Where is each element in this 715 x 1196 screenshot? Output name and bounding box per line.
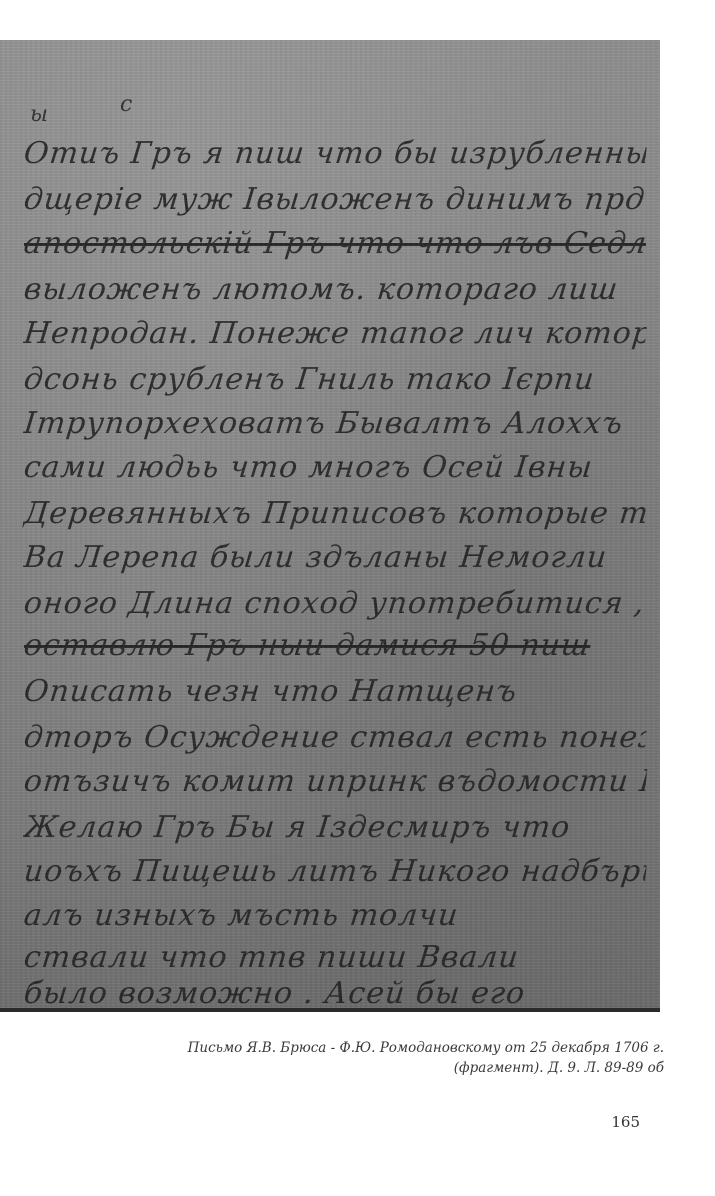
handwritten-line: оного Длина споход употребитися , [22, 586, 648, 621]
handwritten-line: ствали что тпв пиши Ввали [22, 940, 648, 975]
handwritten-line: Ва Лерепа были здъланы Немогли [22, 540, 648, 575]
handwritten-line: дщеріе муж Івыложенъ динимъ прдн [22, 182, 648, 217]
handwritten-line-struck: оставлю Гръ ныи дамися 50 пиш [22, 628, 648, 663]
handwritten-line: Непродан. Понеже тапог лич которой [22, 316, 648, 351]
handwritten-line: Желаю Гръ Бы я Іздесмиръ что [22, 810, 648, 845]
marginal-mark: ы [30, 102, 48, 127]
handwritten-line: дторъ Осуждение ствал есть понеже [22, 720, 648, 755]
handwritten-line: выложенъ лютомъ. котораго лиш [22, 272, 648, 307]
handwritten-line: сами людьь что многъ Осей Івны [22, 450, 648, 485]
handwritten-line: Отиъ Гръ я пиш что бы изрубленны [22, 136, 648, 171]
handwritten-line: Описать чезн что Натщенъ [22, 674, 648, 709]
handwritten-line-struck: апостольскій Гръ что что лъв Седл [22, 226, 648, 261]
handwritten-line: Деревянныхъ Приписовъ которые тако [22, 496, 648, 531]
page-number: 165 [600, 1113, 640, 1131]
figure-caption: Письмо Я.В. Брюса - Ф.Ю. Ромодановскому … [60, 1038, 664, 1078]
handwritten-line: иоъхъ Пищешь литъ Никого надбъри [22, 854, 648, 889]
caption-line-1: Письмо Я.В. Брюса - Ф.Ю. Ромодановскому … [60, 1038, 664, 1058]
marginal-mark: с [120, 92, 132, 117]
handwritten-line: алъ изныхъ мъсть толчи [22, 898, 648, 933]
handwritten-line: дсонь срубленъ Гниль тако Ієрпи [22, 362, 648, 397]
handwritten-line: было возможно . Асей бы его [22, 976, 648, 1011]
manuscript-photo: ы с Отиъ Гръ я пиш что бы изрубленны дще… [0, 40, 660, 1012]
caption-line-2: (фрагмент). Д. 9. Л. 89-89 об [60, 1058, 664, 1078]
handwritten-line: отъзичъ комит ипринк въдомости Незл [22, 764, 648, 799]
handwritten-line: Ітрупорхеховатъ Бывалтъ Алоххъ [22, 406, 648, 441]
